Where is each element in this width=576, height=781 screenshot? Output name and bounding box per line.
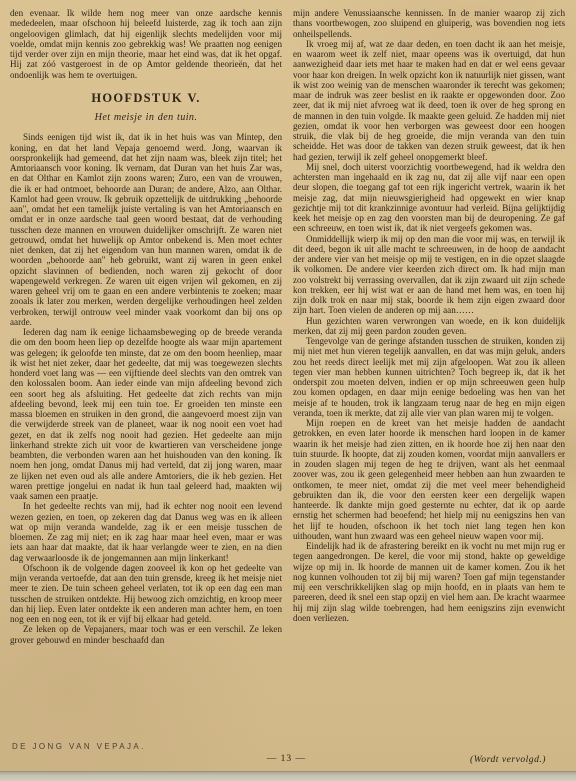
page-bottom-edge [0, 771, 576, 781]
to-be-continued-note: (Wordt vervolgd.) [470, 754, 546, 765]
paragraph: Ik vroeg mij af, wat ze daar deden, en t… [293, 39, 565, 162]
chapter-subtitle: Het meisje in den tuin. [10, 113, 282, 123]
left-column: den evenaar. Ik wilde hem nog meer van o… [10, 8, 282, 772]
paragraph: Hun gezichten waren verwrongen van woede… [293, 316, 565, 337]
paragraph: Onmiddellijk wierp ik mij op den man die… [293, 234, 565, 316]
paragraph: Ze leken op de Vepajaners, maar toch was… [10, 624, 282, 645]
text-columns: den evenaar. Ik wilde hem nog meer van o… [0, 0, 576, 772]
paragraph: Eindelijk had ik de afrastering bereikt … [293, 541, 565, 623]
page-number: — 13 — [267, 754, 306, 764]
paragraph: Sinds eenigen tijd wist ik, dat ik in he… [10, 132, 282, 327]
paragraph: Ofschoon ik de volgende dagen zooveel ik… [10, 563, 282, 625]
chapter-heading: HOOFDSTUK V. [10, 93, 282, 103]
paragraph: Tengevolge van de geringe afstanden tuss… [293, 336, 565, 418]
scanned-book-page: den evenaar. Ik wilde hem nog meer van o… [0, 0, 576, 781]
paragraph: Mij snel, doch uiterst voorzichtig voort… [293, 162, 565, 234]
paragraph: Mijn roepen en de kreet van het meisje h… [293, 418, 565, 541]
paragraph: Iederen dag nam ik eenige lichaamsbewegi… [10, 327, 282, 501]
running-title: DE JONG VAN VEPAJA. [12, 742, 146, 751]
paragraph: den evenaar. Ik wilde hem nog meer van o… [10, 8, 282, 80]
paragraph: In het gedeelte rechts van mij, had ik e… [10, 501, 282, 563]
paragraph: mijn andere Venussiaansche kennissen. In… [293, 8, 565, 39]
right-column: mijn andere Venussiaansche kennissen. In… [293, 8, 565, 772]
